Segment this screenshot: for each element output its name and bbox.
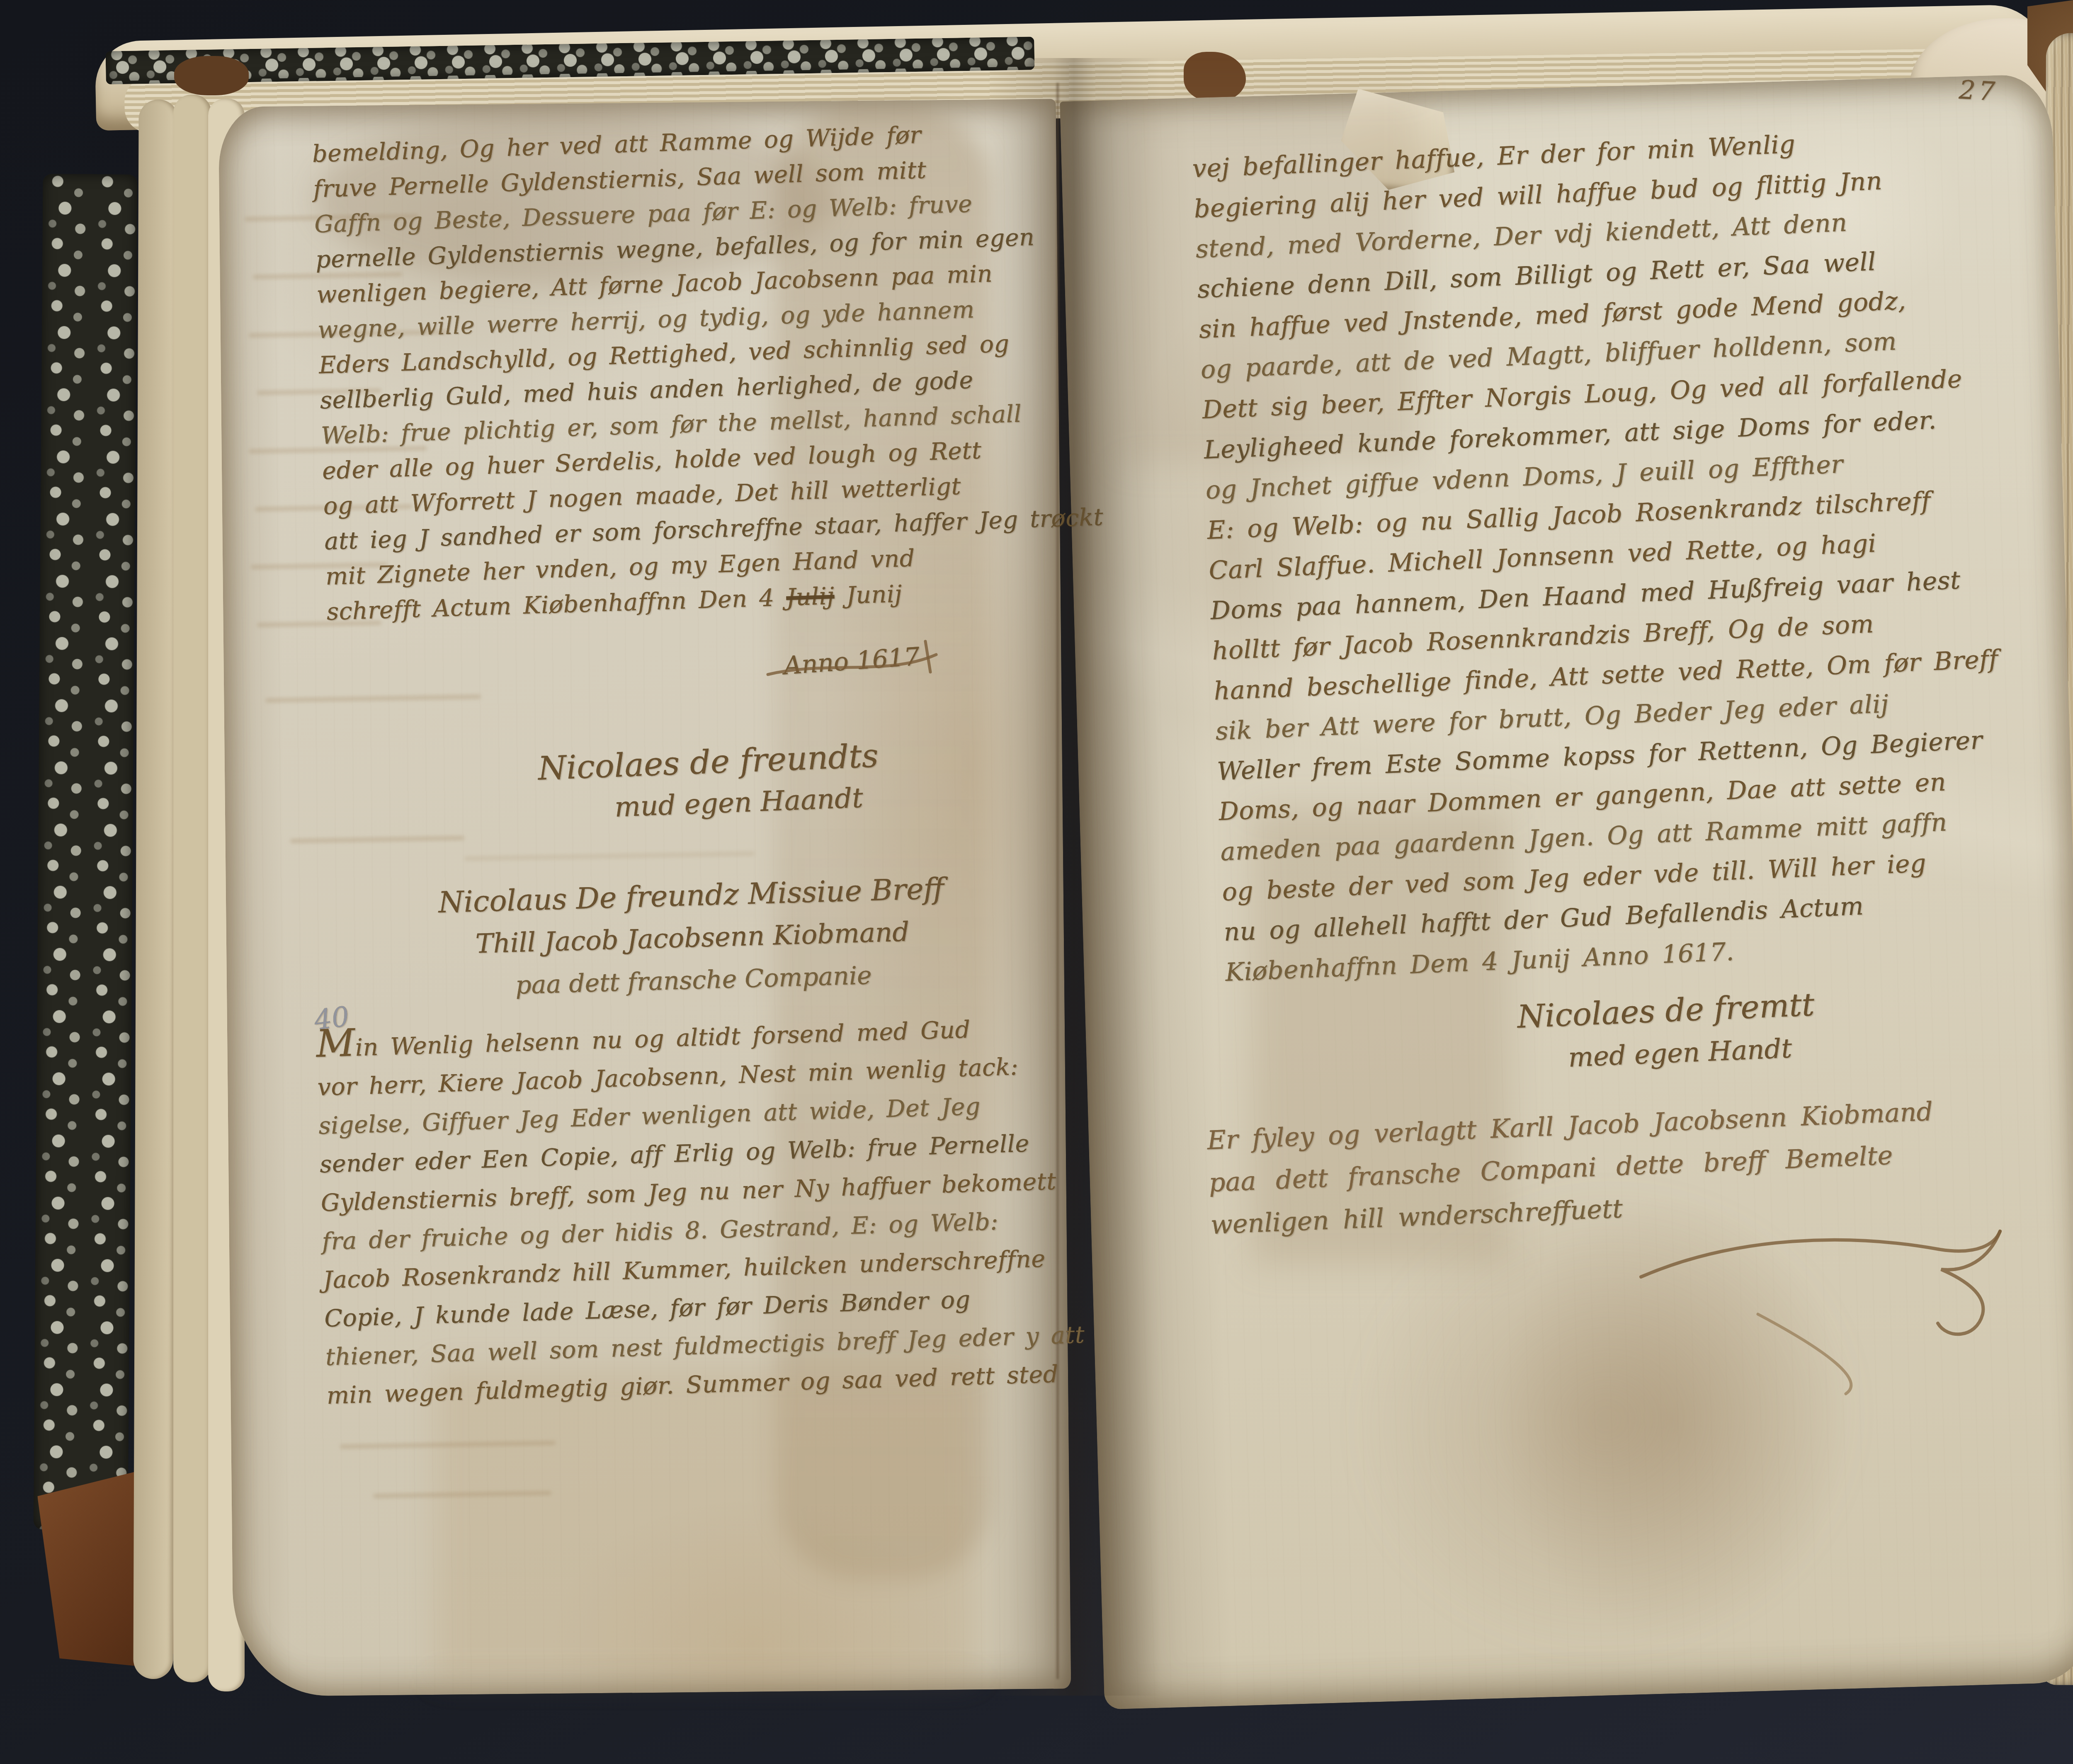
dateline-post: Junij — [834, 580, 902, 610]
water-stain — [435, 1368, 974, 1679]
marbled-cover-edge-left — [34, 174, 138, 1530]
flourish-stroke — [1938, 1231, 2000, 1334]
folio-number: 27 — [1958, 75, 1999, 107]
left-page-paragraph-1: bemelding, Og her ved att Ramme og Wijde… — [312, 112, 1106, 630]
flourish-stroke — [768, 655, 936, 675]
pen-flourish-closing — [1634, 1215, 2015, 1410]
manuscript-photograph: bemelding, Og her ved att Ramme og Wijde… — [0, 0, 2073, 1764]
heading-line: Thill Jacob Jacobsenn Kiobmand — [331, 913, 1053, 964]
page-edge-stack — [173, 95, 211, 1682]
letter-heading: Nicolaus De freundz Missiue Breff Thill … — [330, 869, 1054, 1005]
pen-flourish-underline — [763, 636, 941, 690]
left-page-paragraph-2: Min Wenlig helsenn nu og altidt forsend … — [316, 1007, 1087, 1415]
page-edge-stack — [133, 99, 178, 1679]
flourish-stroke — [1758, 1314, 1851, 1394]
leather-fragment — [174, 56, 249, 95]
struck-word: Julij — [786, 582, 835, 611]
right-page-paragraph: vej befallinger haffue, Er der for min W… — [1192, 117, 2010, 993]
